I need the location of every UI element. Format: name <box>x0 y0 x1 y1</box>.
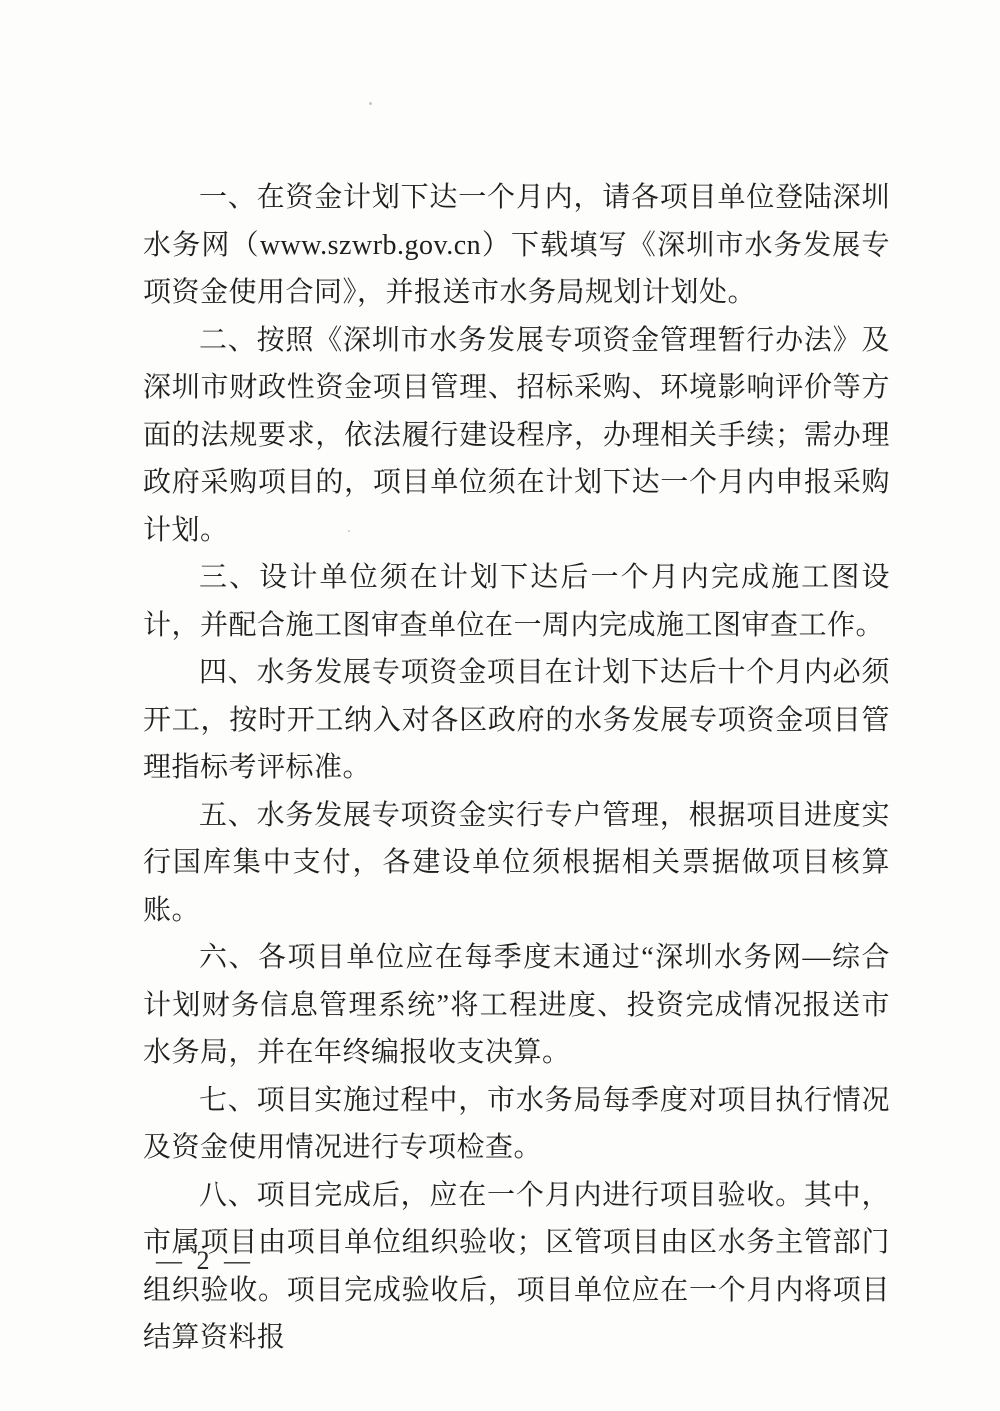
page-number: — 2 — <box>156 1246 254 1276</box>
paragraph-item-5: 五、水务发展专项资金实行专户管理，根据项目进度实行国库集中支付，各建设单位须根据… <box>143 792 890 935</box>
paragraph-item-1: 一、在资金计划下达一个月内，请各项目单位登陆深圳水务网（www.szwrb.go… <box>143 174 890 317</box>
paragraph-item-8: 八、项目完成后，应在一个月内进行项目验收。其中，市属项目由项目单位组织验收；区管… <box>143 1172 890 1362</box>
paragraph-item-6: 六、各项目单位应在每季度末通过“深圳水务网—综合计划财务信息管理系统”将工程进度… <box>143 934 890 1077</box>
paragraph-item-4: 四、水务发展专项资金项目在计划下达后十个月内必须开工，按时开工纳入对各区政府的水… <box>143 649 890 792</box>
scanned-document-page: 一、在资金计划下达一个月内，请各项目单位登陆深圳水务网（www.szwrb.go… <box>0 0 1000 1411</box>
paragraph-item-2: 二、按照《深圳市水务发展专项资金管理暂行办法》及深圳市财政性资金项目管理、招标采… <box>143 317 890 555</box>
paragraph-item-7: 七、项目实施过程中，市水务局每季度对项目执行情况及资金使用情况进行专项检查。 <box>143 1077 890 1172</box>
document-body: 一、在资金计划下达一个月内，请各项目单位登陆深圳水务网（www.szwrb.go… <box>143 174 890 1362</box>
scan-speck <box>369 102 372 105</box>
paragraph-item-3: 三、设计单位须在计划下达后一个月内完成施工图设计，并配合施工图审查单位在一周内完… <box>143 554 890 649</box>
